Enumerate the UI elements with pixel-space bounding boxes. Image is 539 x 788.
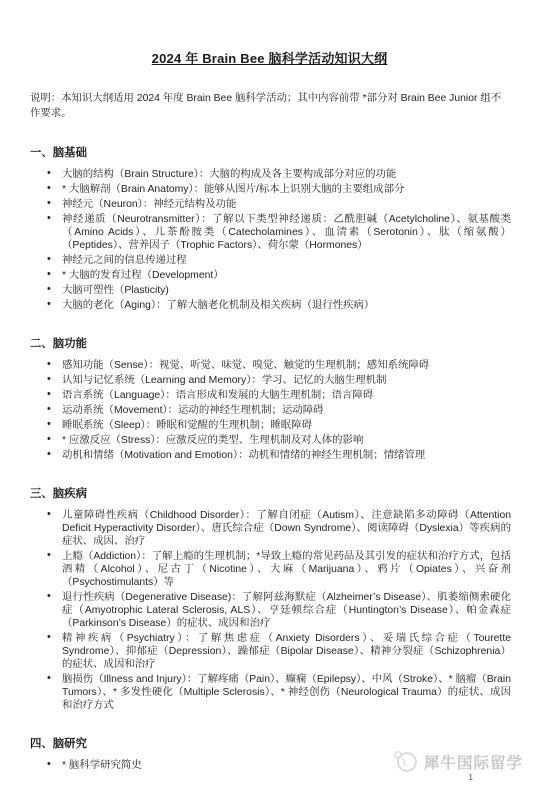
- outline-item: 退行性疾病（Degenerative Disease)：了解阿兹海默症（Alzh…: [62, 591, 511, 630]
- outline-item: 睡眠系统（Sleep）：睡眠和觉醒的生理机制；睡眠障碍: [62, 419, 511, 432]
- section-list-2: 感知功能（Sense）：视觉、听觉、味觉、嗅觉、触觉的生理机制；感知系统障碍认知…: [0, 359, 511, 462]
- outline-item: * 大脑的发育过程（Development）: [62, 269, 511, 282]
- page-number: 1: [469, 773, 473, 782]
- outline-item: 大脑的结构（Brain Structure）：大脑的构成及各主要构成部分对应的功…: [62, 168, 511, 181]
- intro-note: 说明：本知识大纲适用 2024 年度 Brain Bee 脑科学活动；其中内容前…: [30, 91, 509, 121]
- rhino-circle-icon: [392, 749, 419, 774]
- document-title: 2024 年 Brain Bee 脑科学活动知识大纲: [0, 0, 539, 67]
- outline-item: 大脑的老化（Aging）：了解大脑老化机制及相关疾病（退行性疾病）: [62, 299, 511, 312]
- watermark-text: 犀牛国际留学: [424, 751, 523, 773]
- watermark: 犀牛国际留学: [392, 749, 523, 774]
- sections-container: 一、脑基础大脑的结构（Brain Structure）：大脑的构成及各主要构成部…: [0, 144, 539, 772]
- outline-item: * 大脑解剖（Brain Anatomy）：能够从图片/标本上识别大脑的主要组成…: [62, 183, 511, 196]
- outline-item: 感知功能（Sense）：视觉、听觉、味觉、嗅觉、触觉的生理机制；感知系统障碍: [62, 359, 511, 372]
- outline-item: * 应激反应（Stress）：应激反应的类型、生理机制及对人体的影响: [62, 434, 511, 447]
- outline-item: 神经元之间的信息传递过程: [62, 254, 511, 267]
- section-list-1: 大脑的结构（Brain Structure）：大脑的构成及各主要构成部分对应的功…: [0, 168, 511, 312]
- section-list-3: 儿童障碍性疾病（Childhood Disorder）：了解自闭症（Autism…: [0, 509, 511, 712]
- section-heading-3: 三、脑疾病: [30, 485, 509, 501]
- outline-item: 神经递质（Neurotransmitter）：了解以下类型神经递质：乙酰胆碱（A…: [62, 213, 511, 252]
- outline-item: 上瘾（Addiction）：了解上瘾的生理机制；*导致上瘾的常见药品及其引发的症…: [62, 550, 511, 589]
- outline-item: 大脑可塑性（Plasticity): [62, 284, 511, 297]
- outline-item: 认知与记忆系统（Learning and Memory）：学习、记忆的大脑生理机…: [62, 374, 511, 387]
- outline-item: 语言系统（Language）：语言形成和发展的大脑生理机制；语言障碍: [62, 389, 511, 402]
- section-heading-2: 二、脑功能: [30, 335, 509, 351]
- outline-item: 运动系统（Movement）：运动的神经生理机制；运动障碍: [62, 404, 511, 417]
- outline-item: 神经元（Neuron）：神经元结构及功能: [62, 198, 511, 211]
- document-page: 2024 年 Brain Bee 脑科学活动知识大纲 说明：本知识大纲适用 20…: [0, 0, 539, 788]
- outline-item: 儿童障碍性疾病（Childhood Disorder）：了解自闭症（Autism…: [62, 509, 511, 548]
- outline-item: 动机和情绪（Motivation and Emotion）：动机和情绪的神经生理…: [62, 449, 511, 462]
- outline-item: 脑损伤（Illness and Injury）：了解疼痛（Pain）、癫痫（Ep…: [62, 673, 511, 712]
- outline-item: 精神疾病（Psychiatry）：了解焦虑症（Anxiety Disorders…: [62, 632, 511, 671]
- section-heading-1: 一、脑基础: [30, 144, 509, 160]
